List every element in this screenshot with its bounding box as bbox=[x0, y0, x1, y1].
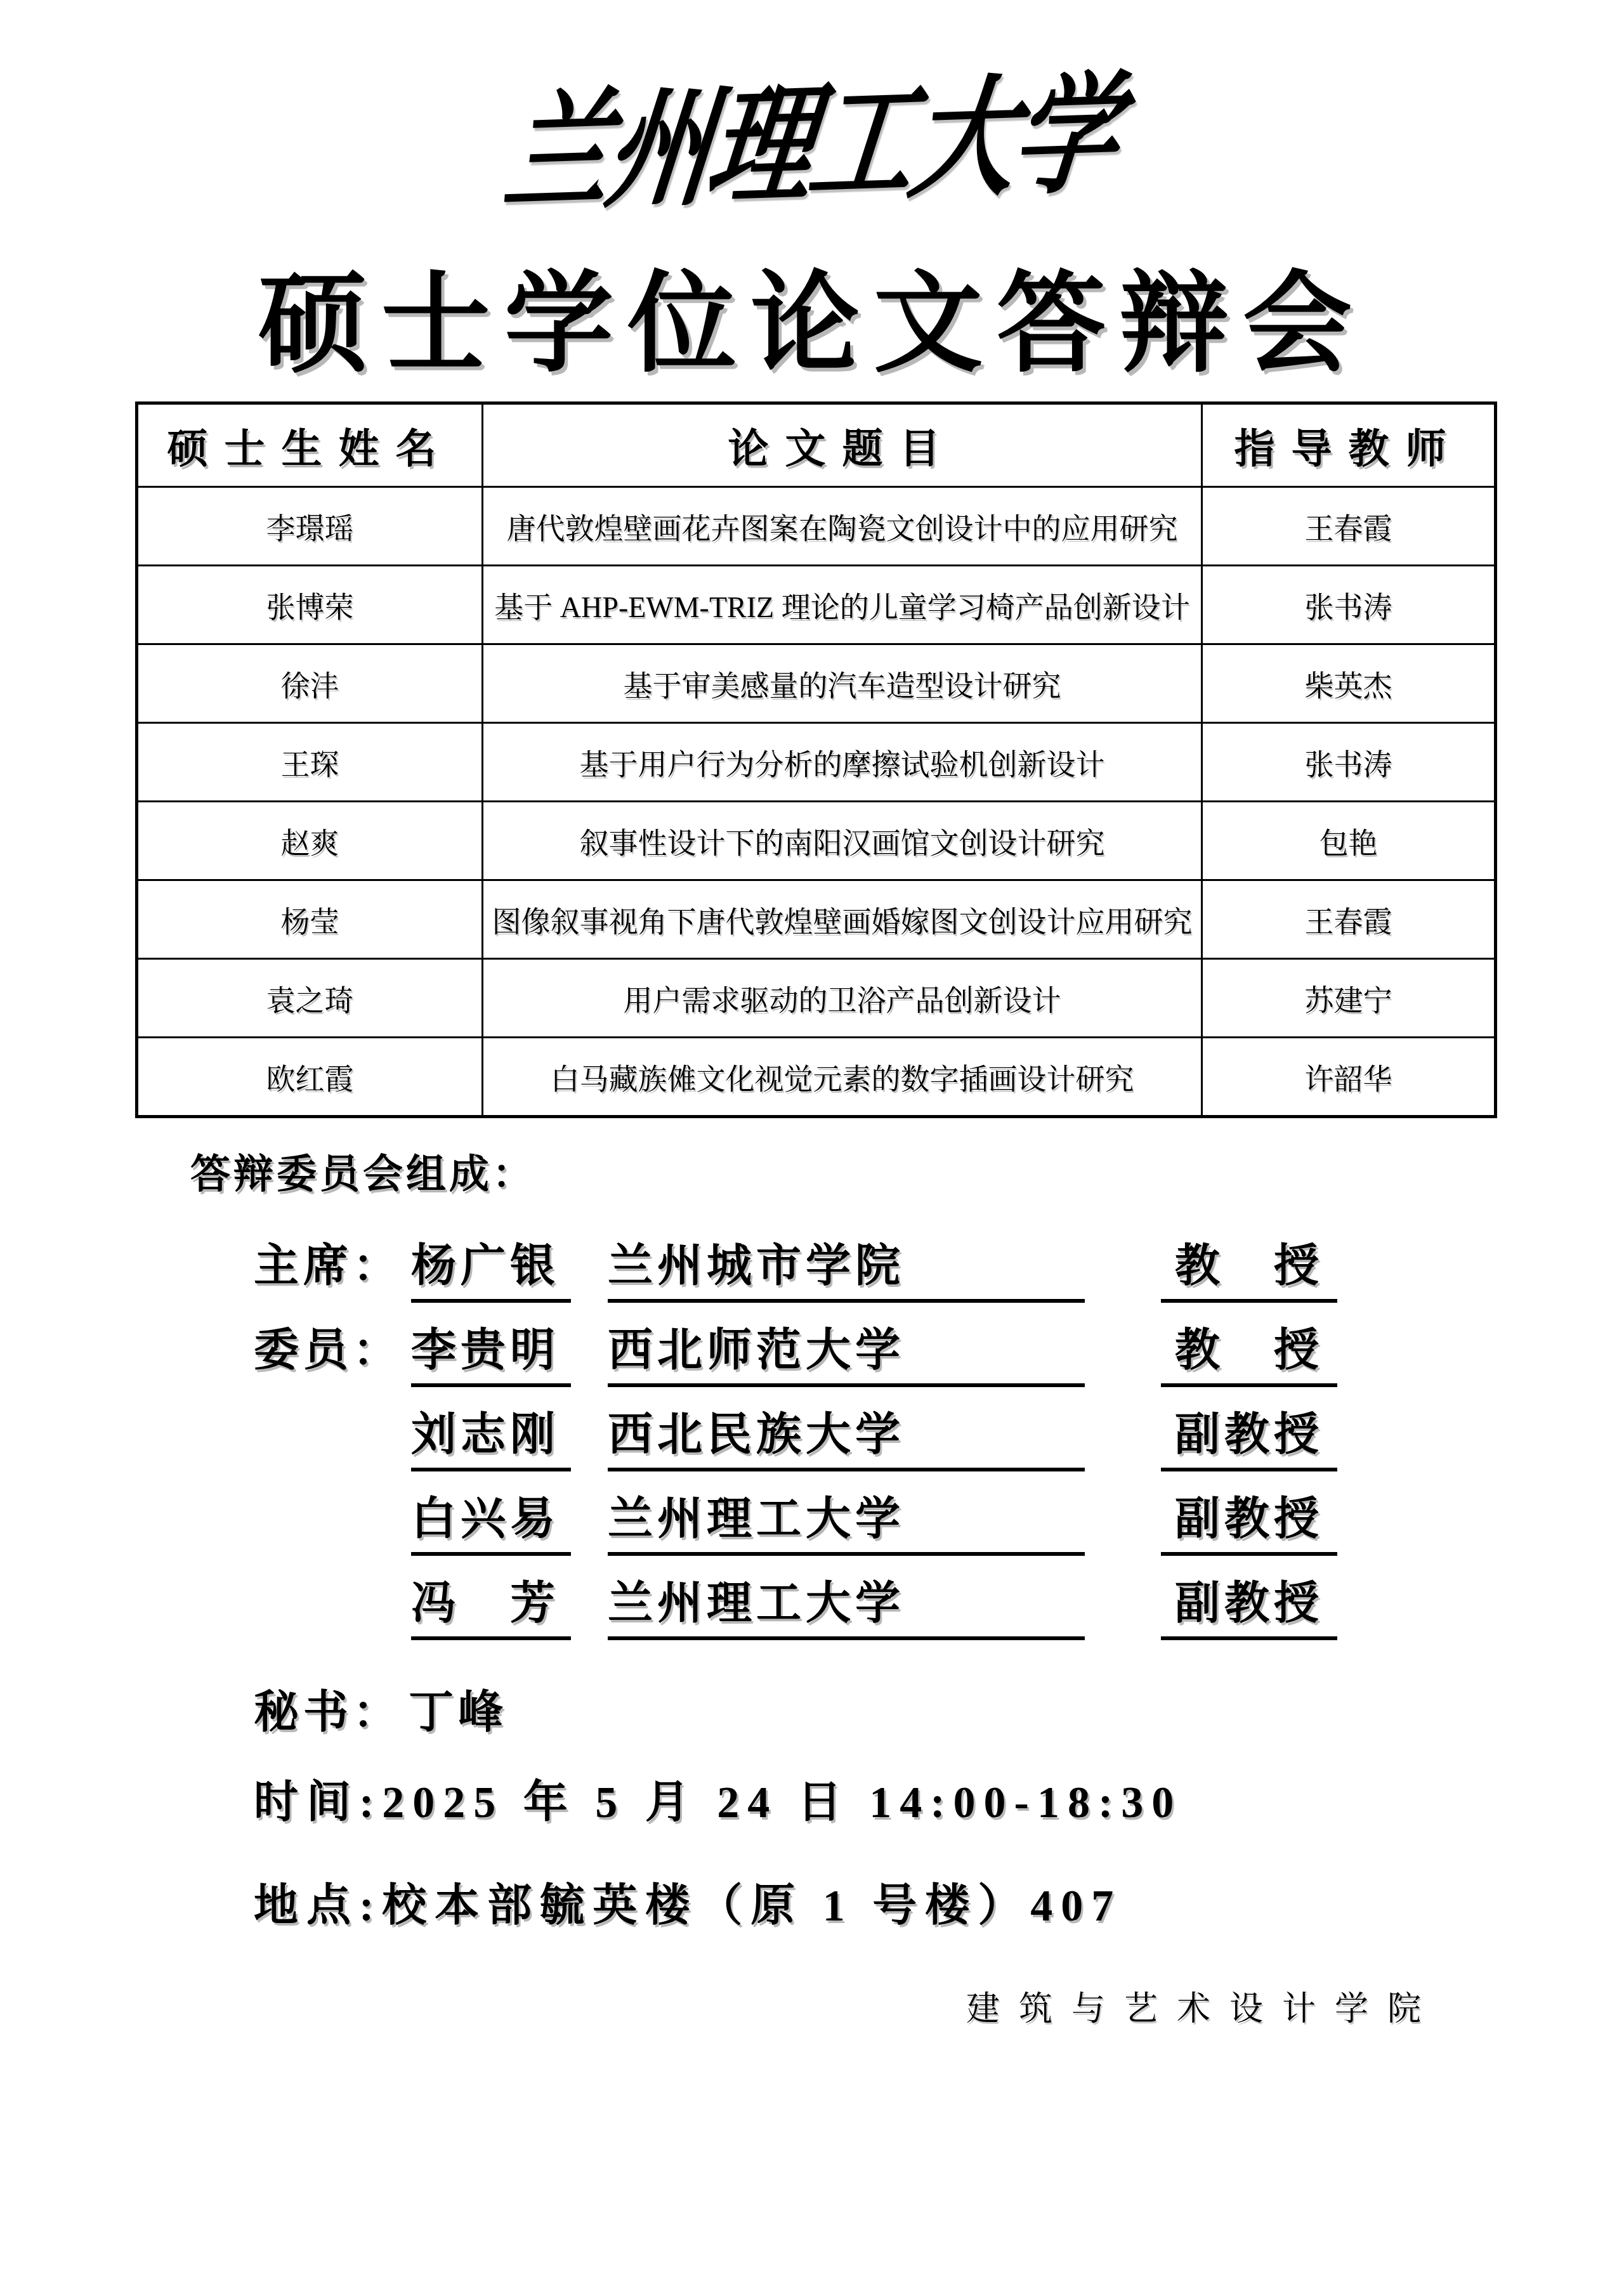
table-row: 赵爽 叙事性设计下的南阳汉画馆文创设计研究 包艳 bbox=[137, 802, 1496, 880]
student-name: 赵爽 bbox=[137, 802, 483, 880]
committee-list: 主席： 杨广银 兰州城市学院 教 授 委员： 李贵明 西北师范大学 教 授 刘志… bbox=[254, 1229, 1337, 1651]
column-header-student: 硕士生姓名 bbox=[137, 403, 483, 487]
member-name: 刘志刚 bbox=[411, 1398, 571, 1471]
member-institution: 西北民族大学 bbox=[608, 1398, 1085, 1471]
thesis-title: 唐代敦煌壁画花卉图案在陶瓷文创设计中的应用研究 bbox=[483, 487, 1202, 566]
table-row: 袁之琦 用户需求驱动的卫浴产品创新设计 苏建宁 bbox=[137, 959, 1496, 1038]
advisor-name: 张书涛 bbox=[1202, 723, 1496, 802]
member-name: 李贵明 bbox=[411, 1314, 571, 1387]
department-signature: 建筑与艺术设计学院 bbox=[966, 1982, 1440, 2030]
table-row: 徐沣 基于审美感量的汽车造型设计研究 柴英杰 bbox=[137, 644, 1496, 723]
page-title: 硕士学位论文答辩会 bbox=[0, 236, 1624, 393]
member-institution: 兰州理工大学 bbox=[608, 1567, 1085, 1640]
secretary-line: 秘书：丁峰 bbox=[254, 1676, 507, 1740]
advisor-name: 许韶华 bbox=[1202, 1038, 1496, 1117]
member-rank: 副教授 bbox=[1161, 1398, 1337, 1471]
committee-member-row: 主席： 杨广银 兰州城市学院 教 授 bbox=[254, 1229, 1337, 1314]
university-logo-text: 兰州理工大学 bbox=[497, 29, 1128, 236]
location-line: 地点:校本部毓英楼（原 1 号楼）407 bbox=[254, 1870, 1122, 1934]
thesis-title: 图像叙事视角下唐代敦煌壁画婚嫁图文创设计应用研究 bbox=[483, 880, 1202, 959]
advisor-name: 柴英杰 bbox=[1202, 644, 1496, 723]
member-rank: 副教授 bbox=[1161, 1482, 1337, 1556]
member-rank: 教 授 bbox=[1161, 1314, 1337, 1387]
time-line: 时间:2025 年 5 月 24 日 14:00-18:30 bbox=[254, 1766, 1182, 1830]
student-name: 张博荣 bbox=[137, 566, 483, 644]
thesis-title: 叙事性设计下的南阳汉画馆文创设计研究 bbox=[483, 802, 1202, 880]
student-name: 李璟瑶 bbox=[137, 487, 483, 566]
member-institution: 兰州理工大学 bbox=[608, 1482, 1085, 1556]
advisor-name: 张书涛 bbox=[1202, 566, 1496, 644]
committee-member-row: 委员： 李贵明 西北师范大学 教 授 bbox=[254, 1314, 1337, 1398]
secretary-label: 秘书： bbox=[254, 1688, 402, 1737]
table-row: 杨莹 图像叙事视角下唐代敦煌壁画婚嫁图文创设计应用研究 王春霞 bbox=[137, 880, 1496, 959]
member-name: 白兴易 bbox=[411, 1482, 571, 1556]
committee-member-row: 白兴易 兰州理工大学 副教授 bbox=[254, 1482, 1337, 1567]
table-row: 王琛 基于用户行为分析的摩擦试验机创新设计 张书涛 bbox=[137, 723, 1496, 802]
table-row: 李璟瑶 唐代敦煌壁画花卉图案在陶瓷文创设计中的应用研究 王春霞 bbox=[137, 487, 1496, 566]
column-header-advisor: 指导教师 bbox=[1202, 403, 1496, 487]
thesis-title: 基于审美感量的汽车造型设计研究 bbox=[483, 644, 1202, 723]
thesis-title: 基于 AHP-EWM-TRIZ 理论的儿童学习椅产品创新设计 bbox=[483, 566, 1202, 644]
student-name: 袁之琦 bbox=[137, 959, 483, 1038]
thesis-title: 白马藏族傩文化视觉元素的数字插画设计研究 bbox=[483, 1038, 1202, 1117]
member-institution: 兰州城市学院 bbox=[608, 1229, 1085, 1303]
member-rank: 教 授 bbox=[1161, 1229, 1337, 1303]
student-name: 杨莹 bbox=[137, 880, 483, 959]
member-role: 主席： bbox=[254, 1229, 411, 1294]
member-role: 委员： bbox=[254, 1314, 411, 1378]
committee-member-row: 冯 芳 兰州理工大学 副教授 bbox=[254, 1567, 1337, 1651]
defense-announcement-page: 兰州理工大学 硕士学位论文答辩会 硕士生姓名 论文题目 指导教师 李璟瑶 唐代敦… bbox=[0, 0, 1624, 2296]
member-name: 冯 芳 bbox=[411, 1567, 571, 1640]
member-rank: 副教授 bbox=[1161, 1567, 1337, 1640]
committee-heading: 答辩委员会组成： bbox=[190, 1142, 535, 1199]
advisor-name: 王春霞 bbox=[1202, 487, 1496, 566]
student-name: 徐沣 bbox=[137, 644, 483, 723]
member-name: 杨广银 bbox=[411, 1229, 571, 1303]
committee-member-row: 刘志刚 西北民族大学 副教授 bbox=[254, 1398, 1337, 1482]
student-name: 欧红霞 bbox=[137, 1038, 483, 1117]
thesis-roster-table: 硕士生姓名 论文题目 指导教师 李璟瑶 唐代敦煌壁画花卉图案在陶瓷文创设计中的应… bbox=[135, 401, 1497, 1118]
table-row: 张博荣 基于 AHP-EWM-TRIZ 理论的儿童学习椅产品创新设计 张书涛 bbox=[137, 566, 1496, 644]
thesis-title: 基于用户行为分析的摩擦试验机创新设计 bbox=[483, 723, 1202, 802]
university-logo: 兰州理工大学 bbox=[0, 39, 1624, 226]
member-institution: 西北师范大学 bbox=[608, 1314, 1085, 1387]
thesis-title: 用户需求驱动的卫浴产品创新设计 bbox=[483, 959, 1202, 1038]
student-name: 王琛 bbox=[137, 723, 483, 802]
advisor-name: 苏建宁 bbox=[1202, 959, 1496, 1038]
table-row: 欧红霞 白马藏族傩文化视觉元素的数字插画设计研究 许韶华 bbox=[137, 1038, 1496, 1117]
column-header-thesis: 论文题目 bbox=[483, 403, 1202, 487]
secretary-name: 丁峰 bbox=[409, 1688, 507, 1737]
table-header-row: 硕士生姓名 论文题目 指导教师 bbox=[137, 403, 1496, 487]
advisor-name: 王春霞 bbox=[1202, 880, 1496, 959]
advisor-name: 包艳 bbox=[1202, 802, 1496, 880]
